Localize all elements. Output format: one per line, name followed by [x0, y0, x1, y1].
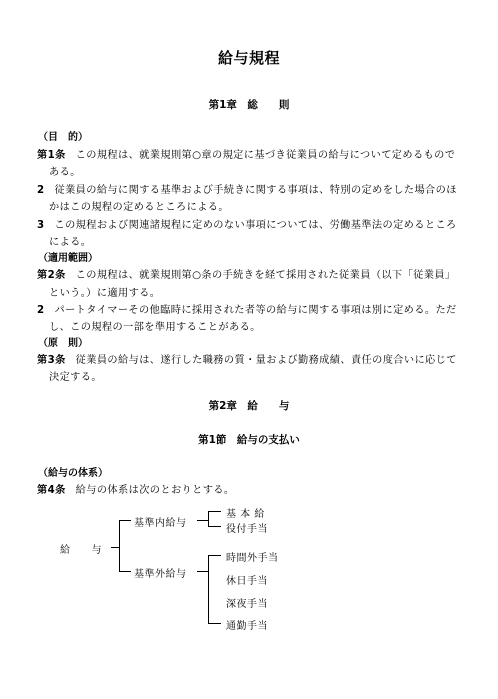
connector-line — [208, 555, 221, 556]
article-1-line-1: 第1条この規程は、就業規則第○章の規定に基づき従業員の給与について定めるもので — [37, 146, 455, 161]
article-1-number: 第1条 — [37, 150, 66, 161]
branch-label-non-standard-pay: 基準外給与 — [134, 565, 187, 580]
connector-line — [119, 520, 120, 572]
connector-line — [197, 571, 208, 572]
article-2-caption: （適用範囲） — [38, 249, 98, 264]
chapter-2-heading: 第2章 給 与 — [0, 398, 498, 413]
connector-line — [208, 526, 221, 527]
connector-line — [111, 547, 119, 548]
connector-line — [197, 520, 208, 521]
item-overtime-allowance: 時間外手当 — [226, 549, 279, 564]
item-commuting-allowance: 通勤手当 — [226, 617, 268, 632]
article-4-caption: （給与の体系） — [38, 464, 108, 479]
tree-root-label: 給 与 — [60, 541, 102, 556]
article-4-line-1: 第4条給与の体系は次のとおりとする。 — [37, 481, 234, 496]
chapter-1-heading: 第1章 総 則 — [0, 97, 498, 112]
article-2-line-1: 第2条この規程は、就業規則第○条の手続きを経て採用された従業員（以下「従業員」 — [37, 266, 456, 281]
item-night-allowance: 深夜手当 — [226, 595, 268, 610]
article-2-para-2-line-2: し、この規程の一部を準用することがある。 — [49, 318, 261, 333]
document-title: 給与規程 — [0, 47, 498, 68]
article-1-caption: （目 的） — [38, 128, 88, 143]
item-holiday-allowance: 休日手当 — [226, 572, 268, 587]
article-1-para-2-line-1: 2従業員の給与に関する基準および手続きに関する事項は、特別の定めをした場合のほ — [37, 181, 457, 196]
article-1-line-2: ある。 — [49, 163, 81, 178]
connector-line — [208, 623, 221, 624]
article-3-line-2: 決定する。 — [49, 368, 102, 383]
article-1-para-3-line-2: による。 — [49, 233, 91, 248]
section-1-heading: 第1節 給与の支払い — [0, 432, 498, 447]
article-3-line-1: 第3条従業員の給与は、遂行した職務の質・量および勤務成績、責任の度合いに応じて — [37, 351, 457, 366]
branch-label-standard-pay: 基準内給与 — [134, 514, 187, 529]
article-2-line-2: という。）に適用する。 — [49, 284, 160, 299]
connector-line — [208, 511, 209, 526]
article-4-number: 第4条 — [37, 485, 66, 496]
article-3-number: 第3条 — [37, 355, 66, 366]
connector-line — [119, 520, 131, 521]
connector-line — [119, 571, 131, 572]
article-2-para-2-line-1: 2パートタイマーその他臨時に採用された者等の給与に関する事項は別に定める。ただ — [37, 301, 457, 316]
item-position-allowance: 役付手当 — [226, 520, 268, 535]
item-basic-salary: 基 本 給 — [226, 505, 265, 520]
article-1-para-2-line-2: かはこの規程の定めるところによる。 — [49, 198, 229, 213]
article-1-para-3-line-1: 3この規程および関連諸規程に定めのない事項については、労働基準法の定めるところ — [37, 216, 457, 231]
connector-line — [208, 511, 221, 512]
article-2-number: 第2条 — [37, 270, 66, 281]
article-3-caption: （原 則） — [38, 334, 88, 349]
connector-line — [208, 555, 209, 624]
